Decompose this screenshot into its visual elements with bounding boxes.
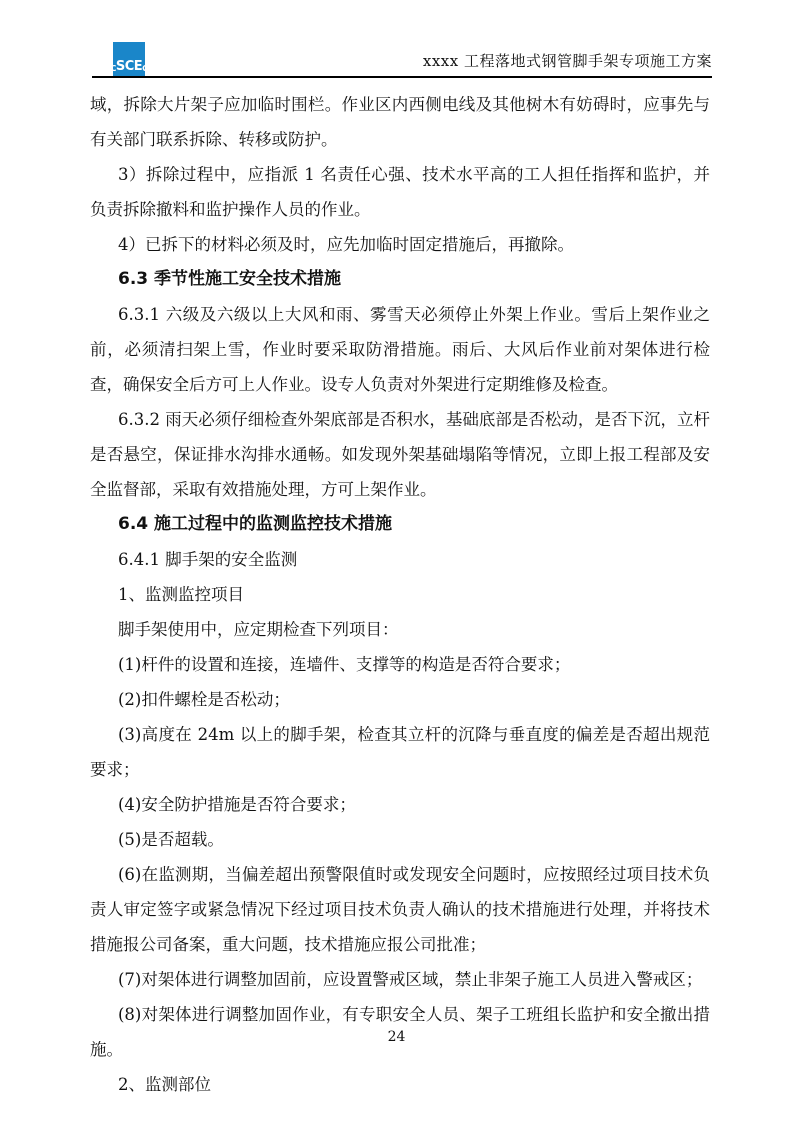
paragraph: (2)扣件螺栓是否松动； [90, 682, 710, 717]
paragraph: 3）拆除过程中，应指派 1 名责任心强、技术水平高的工人担任指挥和监护，并负责拆… [90, 157, 710, 227]
section-heading: 6.3 季节性施工安全技术措施 [90, 262, 710, 297]
cscec-logo-icon: CSCEC [113, 42, 145, 78]
document-body: 域，拆除大片架子应加临时围栏。作业区内西侧电线及其他树木有妨碍时，应事先与有关部… [90, 87, 710, 1102]
header-title: xxxx 工程落地式钢管脚手架专项施工方案 [423, 50, 712, 71]
paragraph: 脚手架使用中，应定期检查下列项目： [90, 612, 710, 647]
paragraph: (1)杆件的设置和连接，连墙件、支撑等的构造是否符合要求； [90, 647, 710, 682]
header-rule [92, 76, 712, 78]
paragraph: 4）已拆下的材料必须及时，应先加临时固定措施后，再撤除。 [90, 227, 710, 262]
paragraph: 6.3.2 雨天必须仔细检查外架底部是否积水，基础底部是否松动，是否下沉，立杆是… [90, 402, 710, 507]
paragraph: (3)高度在 24m 以上的脚手架，检查其立杆的沉降与垂直度的偏差是否超出规范要… [90, 717, 710, 787]
paragraph: (4)安全防护措施是否符合要求； [90, 787, 710, 822]
page-number: 24 [388, 1029, 406, 1045]
page-header: CSCEC xxxx 工程落地式钢管脚手架专项施工方案 [0, 0, 793, 80]
paragraph: (7)对架体进行调整加固前，应设置警戒区域，禁止非架子施工人员进入警戒区； [90, 962, 710, 997]
document-page: CSCEC xxxx 工程落地式钢管脚手架专项施工方案 域，拆除大片架子应加临时… [0, 0, 793, 1122]
paragraph: (6)在监测期，当偏差超出预警限值时或发现安全问题时，应按照经过项目技术负责人审… [90, 857, 710, 962]
paragraph: 2、监测部位 [90, 1067, 710, 1102]
paragraph: 6.3.1 六级及六级以上大风和雨、雾雪天必须停止外架上作业。雪后上架作业之前，… [90, 297, 710, 402]
logo-letters: SCE [116, 60, 142, 73]
logo-letter: C [142, 65, 147, 73]
page-footer: 24 [0, 1026, 793, 1045]
paragraph: 域，拆除大片架子应加临时围栏。作业区内西侧电线及其他树木有妨碍时，应事先与有关部… [90, 87, 710, 157]
paragraph: 1、监测监控项目 [90, 577, 710, 612]
paragraph: 6.4.1 脚手架的安全监测 [90, 542, 710, 577]
section-heading: 6.4 施工过程中的监测监控技术措施 [90, 507, 710, 542]
paragraph: (5)是否超载。 [90, 822, 710, 857]
